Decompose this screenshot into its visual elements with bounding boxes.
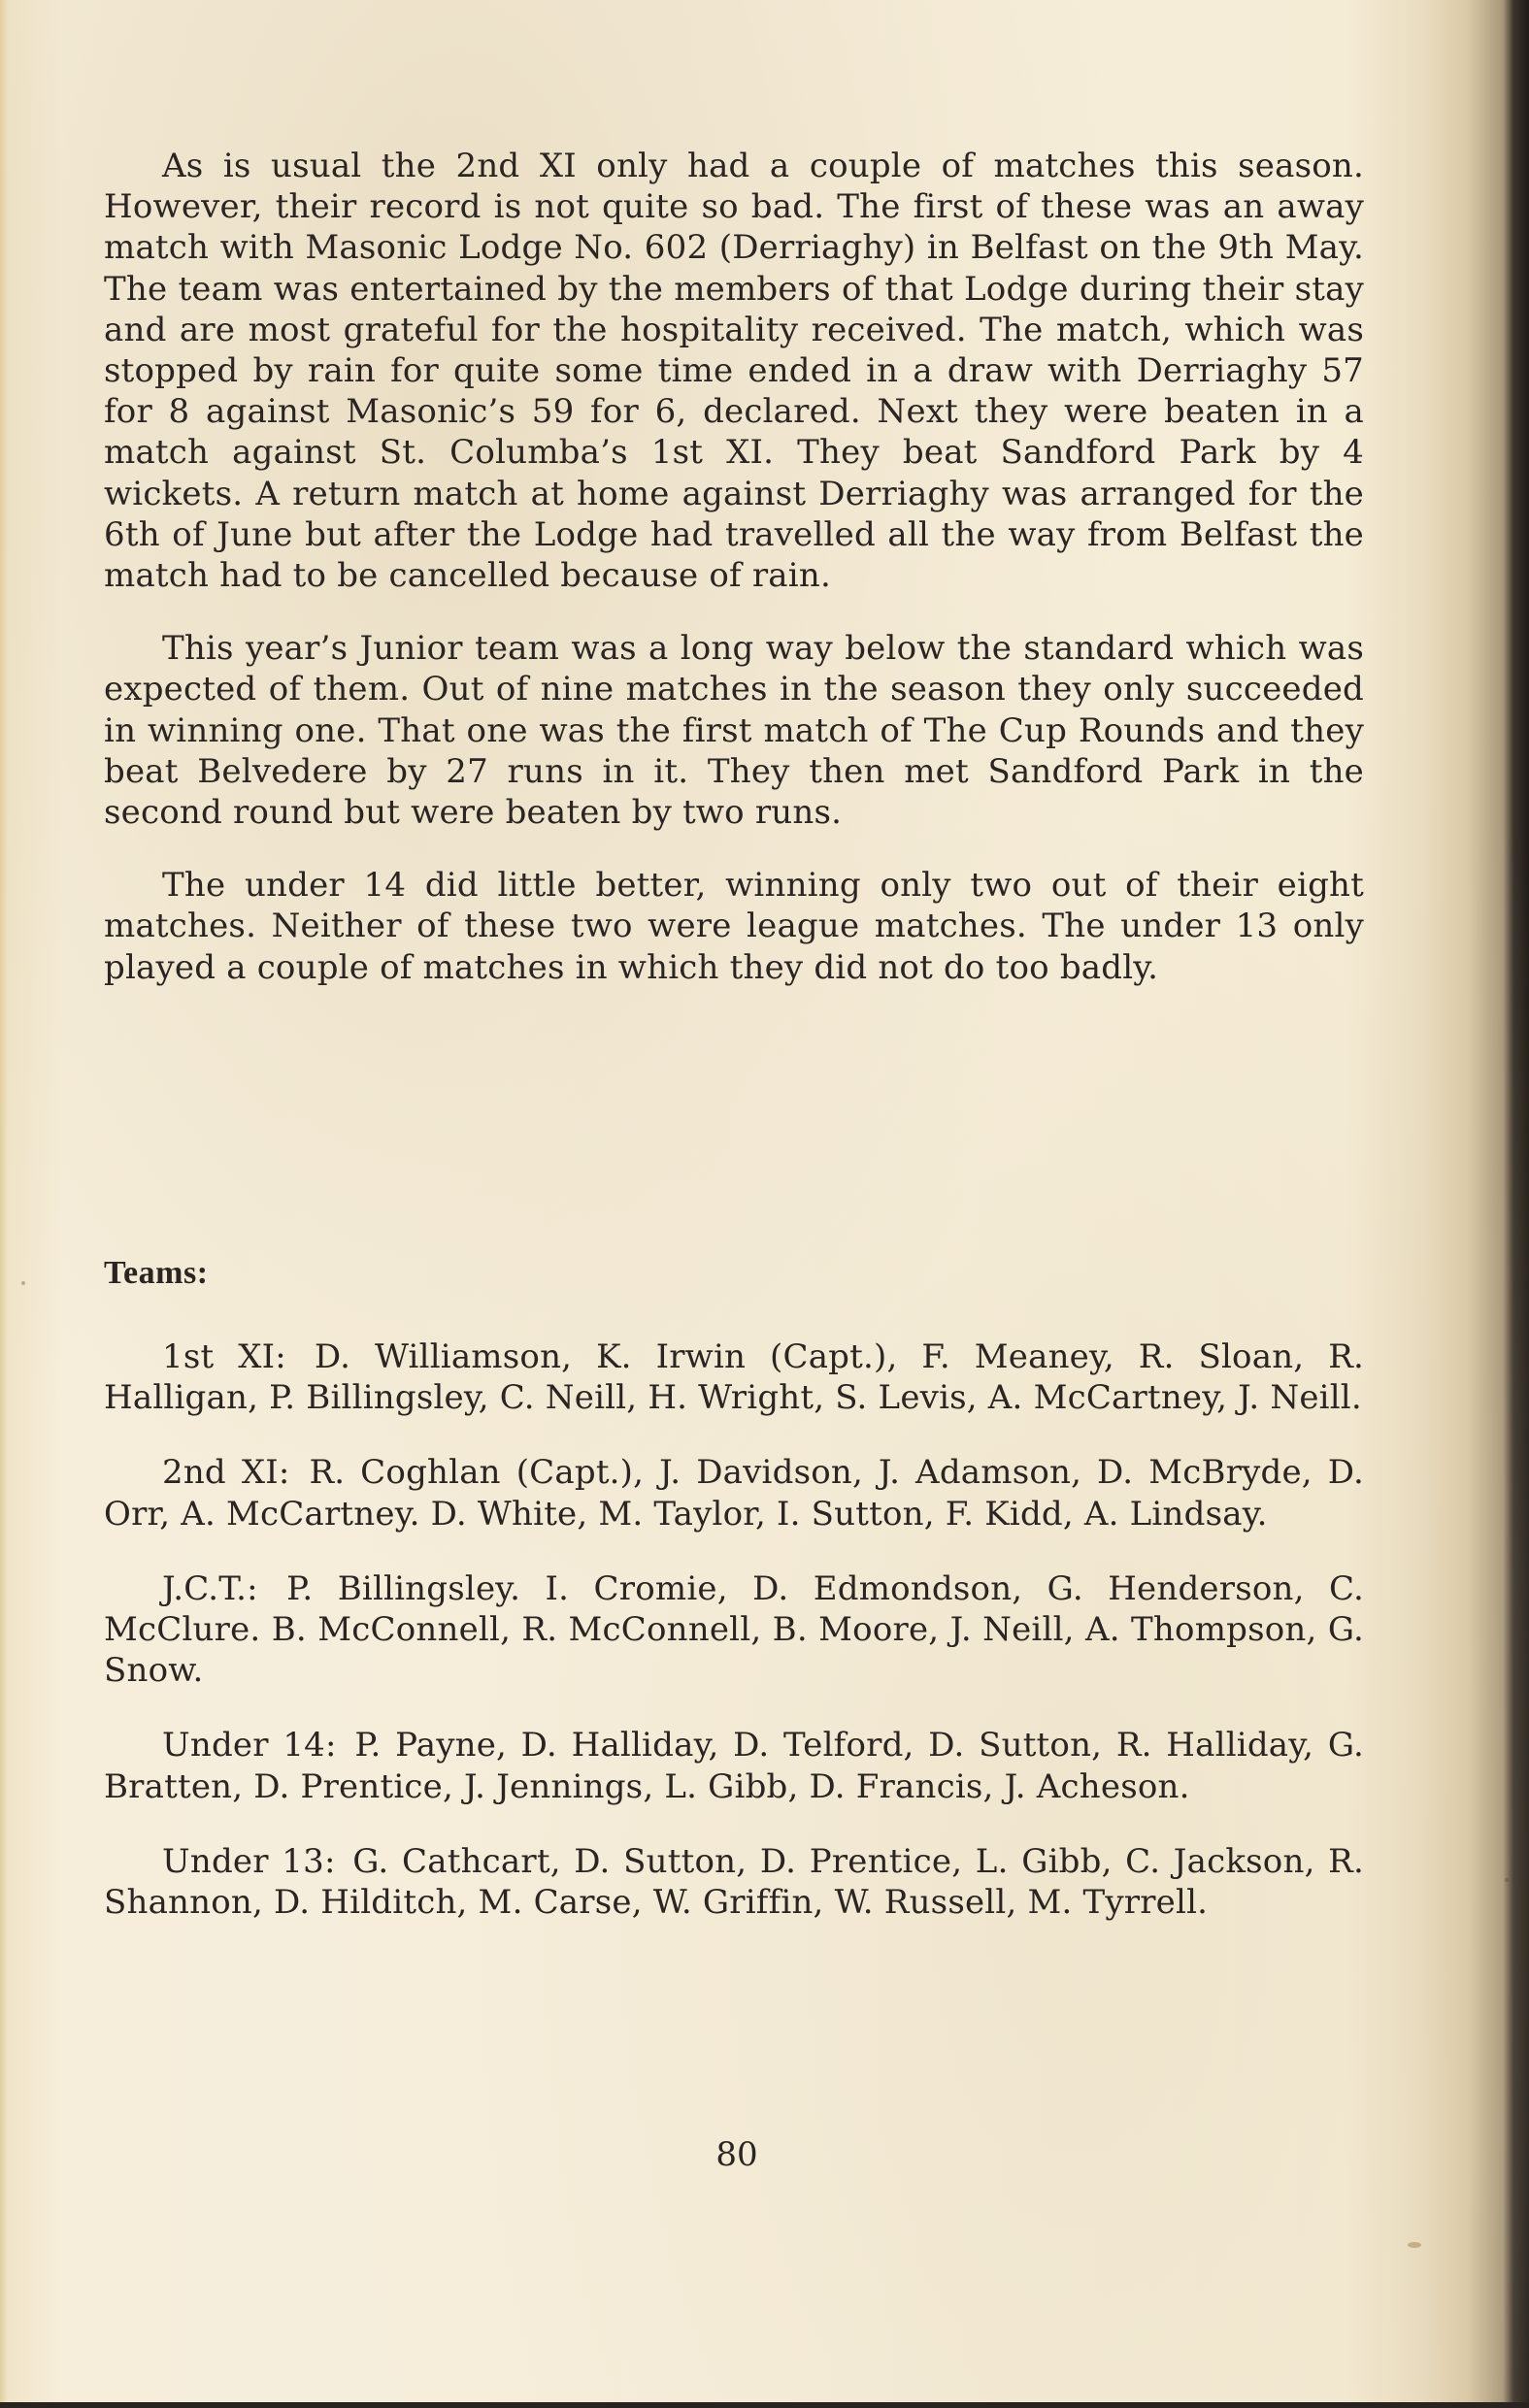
- book-page: As is usual the 2nd XI only had a couple…: [0, 0, 1529, 2408]
- team-members: R. Coghlan (Capt.), J. Davidson, J. Adam…: [104, 1453, 1364, 1533]
- team-2nd-xi: 2nd XI: R. Coghlan (Capt.), J. Davidson,…: [104, 1452, 1364, 1534]
- team-under-13: Under 13: G. Cathcart, D. Sutton, D. Pre…: [104, 1841, 1364, 1923]
- teams-list: 1st XI: D. Williamson, K. Irwin (Capt.),…: [104, 1336, 1364, 1957]
- team-label: Under 14:: [162, 1726, 337, 1765]
- team-under-14: Under 14: P. Payne, D. Halliday, D. Telf…: [104, 1725, 1364, 1806]
- page-left-edge: [0, 0, 8, 2408]
- paragraph-2nd-xi: As is usual the 2nd XI only had a couple…: [104, 146, 1364, 596]
- team-label: 2nd XI:: [162, 1453, 290, 1492]
- teams-heading: Teams:: [104, 1255, 209, 1292]
- paper-speck: [21, 1281, 25, 1285]
- team-jct: J.C.T.: P. Billingsley. I. Cromie, D. Ed…: [104, 1568, 1364, 1692]
- page-bottom-edge: [0, 2402, 1529, 2408]
- paper-speck: [1408, 2242, 1421, 2248]
- paragraph-junior-team: This year’s Junior team was a long way b…: [104, 628, 1364, 833]
- paper-speck: [1505, 1878, 1509, 1882]
- team-label: 1st XI:: [162, 1337, 286, 1376]
- team-members: P. Billingsley. I. Cromie, D. Edmondson,…: [104, 1569, 1364, 1690]
- paragraph-under-14-13: The under 14 did little better, winning …: [104, 865, 1364, 988]
- team-label: J.C.T.:: [162, 1569, 258, 1608]
- team-1st-xi: 1st XI: D. Williamson, K. Irwin (Capt.),…: [104, 1336, 1364, 1418]
- report-body: As is usual the 2nd XI only had a couple…: [104, 146, 1364, 988]
- page-number: 80: [0, 2135, 1474, 2174]
- team-label: Under 13:: [162, 1842, 336, 1881]
- team-members: D. Williamson, K. Irwin (Capt.), F. Mean…: [104, 1337, 1364, 1417]
